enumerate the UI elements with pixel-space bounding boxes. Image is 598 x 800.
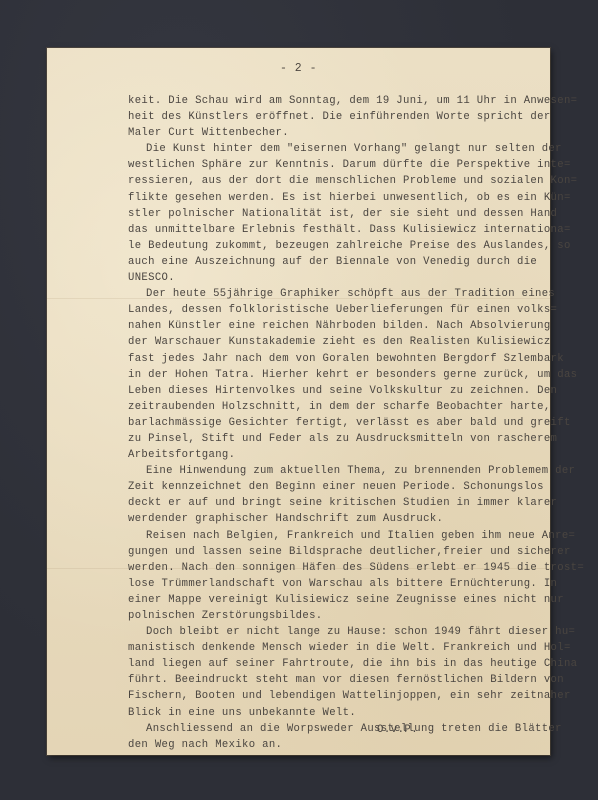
text-line: manistisch denkende Mensch wieder in die… [128, 640, 548, 656]
text-line: Arbeitsfortgang. [128, 447, 548, 463]
text-line: nahen Künstler eine reichen Nährboden bi… [128, 318, 548, 334]
text-line: werden. Nach den sonnigen Häfen des Süde… [128, 560, 548, 576]
text-line: Leben dieses Hirtenvolkes und seine Volk… [128, 383, 548, 399]
paragraph: Eine Hinwendung zum aktuellen Thema, zu … [128, 463, 548, 527]
paragraph: Doch bleibt er nicht lange zu Hause: sch… [128, 624, 548, 721]
text-line: Reisen nach Belgien, Frankreich und Ital… [128, 528, 548, 544]
text-line: Landes, dessen folkloristische Ueberlief… [128, 302, 548, 318]
text-line: zeitraubenden Holzschnitt, in dem der sc… [128, 399, 548, 415]
text-line: Fischern, Booten und lebendigen Wattelin… [128, 688, 548, 704]
text-line: Zeit kennzeichnet den Beginn einer neuen… [128, 479, 548, 495]
text-line: keit. Die Schau wird am Sonntag, dem 19 … [128, 93, 548, 109]
typewritten-page: - 2 - keit. Die Schau wird am Sonntag, d… [47, 48, 550, 755]
text-line: polnischen Zerstörungsbildes. [128, 608, 548, 624]
text-line: auch eine Auszeichnung auf der Biennale … [128, 254, 548, 270]
signature-initials: O.v.P. [377, 724, 418, 736]
text-line: in der Hohen Tatra. Hierher kehrt er bes… [128, 367, 548, 383]
text-line: flikte gesehen werden. Es ist hierbei un… [128, 190, 548, 206]
body-text: keit. Die Schau wird am Sonntag, dem 19 … [128, 93, 548, 753]
text-line: Eine Hinwendung zum aktuellen Thema, zu … [128, 463, 548, 479]
text-line: einer Mappe vereinigt Kulisiewicz seine … [128, 592, 548, 608]
text-line: Doch bleibt er nicht lange zu Hause: sch… [128, 624, 548, 640]
text-line: zu Pinsel, Stift und Feder als zu Ausdru… [128, 431, 548, 447]
text-line: stler polnischer Nationalität ist, der s… [128, 206, 548, 222]
text-line: Maler Curt Wittenbecher. [128, 125, 548, 141]
text-line: der Warschauer Kunstakademie zieht es de… [128, 334, 548, 350]
text-line: barlachmässige Gesichter fertigt, verläs… [128, 415, 548, 431]
text-line: gungen und lassen seine Bildsprache deut… [128, 544, 548, 560]
text-line: ressieren, aus der dort die menschlichen… [128, 173, 548, 189]
text-line: deckt er auf und bringt seine kritischen… [128, 495, 548, 511]
text-line: das unmittelbare Erlebnis festhält. Dass… [128, 222, 548, 238]
text-line: heit des Künstlers eröffnet. Die einführ… [128, 109, 548, 125]
text-line: Der heute 55jährige Graphiker schöpft au… [128, 286, 548, 302]
text-line: westlichen Sphäre zur Kenntnis. Darum dü… [128, 157, 548, 173]
text-line: Die Kunst hinter dem "eisernen Vorhang" … [128, 141, 548, 157]
text-line: le Bedeutung zukommt, bezeugen zahlreich… [128, 238, 548, 254]
text-line: lose Trümmerlandschaft von Warschau als … [128, 576, 548, 592]
text-line: UNESCO. [128, 270, 548, 286]
text-line: land liegen auf seiner Fahrtroute, die i… [128, 656, 548, 672]
page-number: - 2 - [47, 62, 550, 75]
text-line: werdender graphischer Handschrift zum Au… [128, 511, 548, 527]
text-line: Anschliessend an die Worpsweder Ausstell… [128, 721, 548, 737]
text-line: führt. Beeindruckt steht man vor diesen … [128, 672, 548, 688]
text-line: fast jedes Jahr nach dem von Goralen bew… [128, 351, 548, 367]
paragraph: Der heute 55jährige Graphiker schöpft au… [128, 286, 548, 463]
text-line: den Weg nach Mexiko an. [128, 737, 548, 753]
paragraph: Reisen nach Belgien, Frankreich und Ital… [128, 528, 548, 625]
paragraph: Die Kunst hinter dem "eisernen Vorhang" … [128, 141, 548, 286]
text-line: Blick in eine uns unbekannte Welt. [128, 705, 548, 721]
paragraph: Anschliessend an die Worpsweder Ausstell… [128, 721, 548, 753]
paragraph: keit. Die Schau wird am Sonntag, dem 19 … [128, 93, 548, 141]
